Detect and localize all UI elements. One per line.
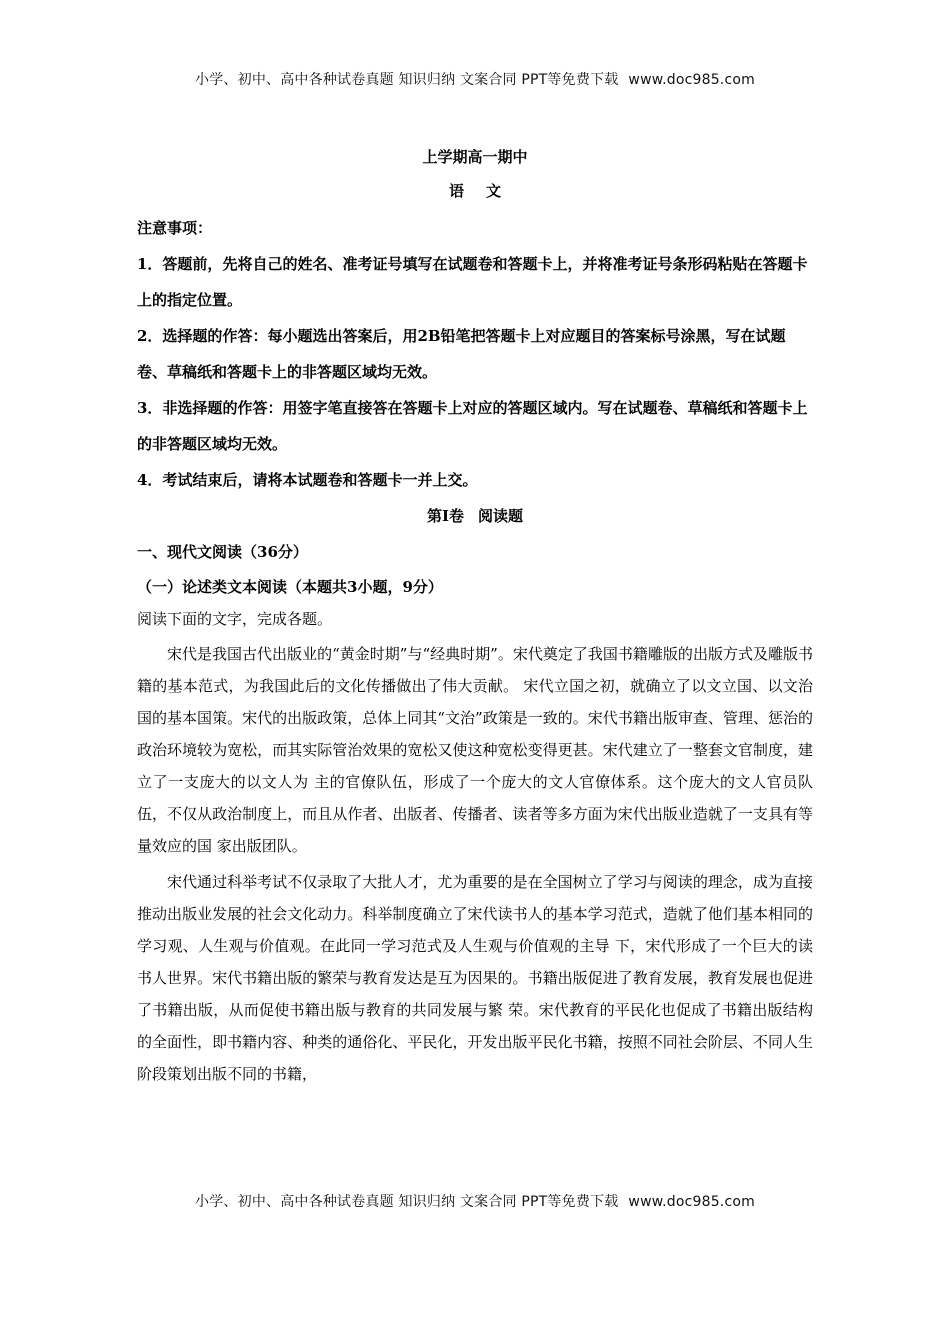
notes-heading: 注意事项： xyxy=(137,210,813,246)
header-text: 小学、初中、高中各种试卷真题 知识归纳 文案合同 PPT等免费下载 xyxy=(195,72,618,88)
header-url-link[interactable]: www.doc985.com xyxy=(628,72,755,88)
volume-title: 第Ⅰ卷阅读题 xyxy=(137,498,813,534)
footer-url-link[interactable]: www.doc985.com xyxy=(628,1194,755,1210)
passage-paragraph: 宋代是我国古代出版业的“黄金时期”与“经典时期”。宋代奠定了我国书籍雕版的出版方… xyxy=(137,638,813,862)
note-item: 3．非选择题的作答：用签字笔直接答在答题卡上对应的答题区域内。写在试题卷、草稿纸… xyxy=(137,390,813,462)
passage-paragraph: 宋代通过科举考试不仅录取了大批人才，尤为重要的是在全国树立了学习与阅读的理念，成… xyxy=(137,866,813,1090)
volume-title-part1: 第Ⅰ卷 xyxy=(427,507,464,525)
exam-subject: 语文 xyxy=(137,180,813,202)
exam-notes: 注意事项： 1．答题前，先将自己的姓名、准考证号填写在试题卷和答题卡上，并将准考… xyxy=(137,210,813,498)
reading-instruction: 阅读下面的文字，完成各题。 xyxy=(137,604,813,634)
footer-text: 小学、初中、高中各种试卷真题 知识归纳 文案合同 PPT等免费下载 xyxy=(195,1194,618,1210)
section-heading: 一、现代文阅读（36分） xyxy=(137,534,813,570)
exam-title: 上学期高一期中 xyxy=(137,146,813,168)
subsection-heading: （一）论述类文本阅读（本题共3小题，9分） xyxy=(137,570,813,604)
volume-title-part2: 阅读题 xyxy=(478,507,523,525)
document-body: 上学期高一期中 语文 注意事项： 1．答题前，先将自己的姓名、准考证号填写在试题… xyxy=(137,146,813,1090)
page-footer: 小学、初中、高中各种试卷真题 知识归纳 文案合同 PPT等免费下载www.doc… xyxy=(0,1191,950,1211)
page-header: 小学、初中、高中各种试卷真题 知识归纳 文案合同 PPT等免费下载www.doc… xyxy=(0,69,950,89)
note-item: 4．考试结束后，请将本试题卷和答题卡一并上交。 xyxy=(137,462,813,498)
note-item: 2．选择题的作答：每小题选出答案后，用2B铅笔把答题卡上对应题目的答案标号涂黑，… xyxy=(137,318,813,390)
note-item: 1．答题前，先将自己的姓名、准考证号填写在试题卷和答题卡上，并将准考证号条形码粘… xyxy=(137,246,813,318)
